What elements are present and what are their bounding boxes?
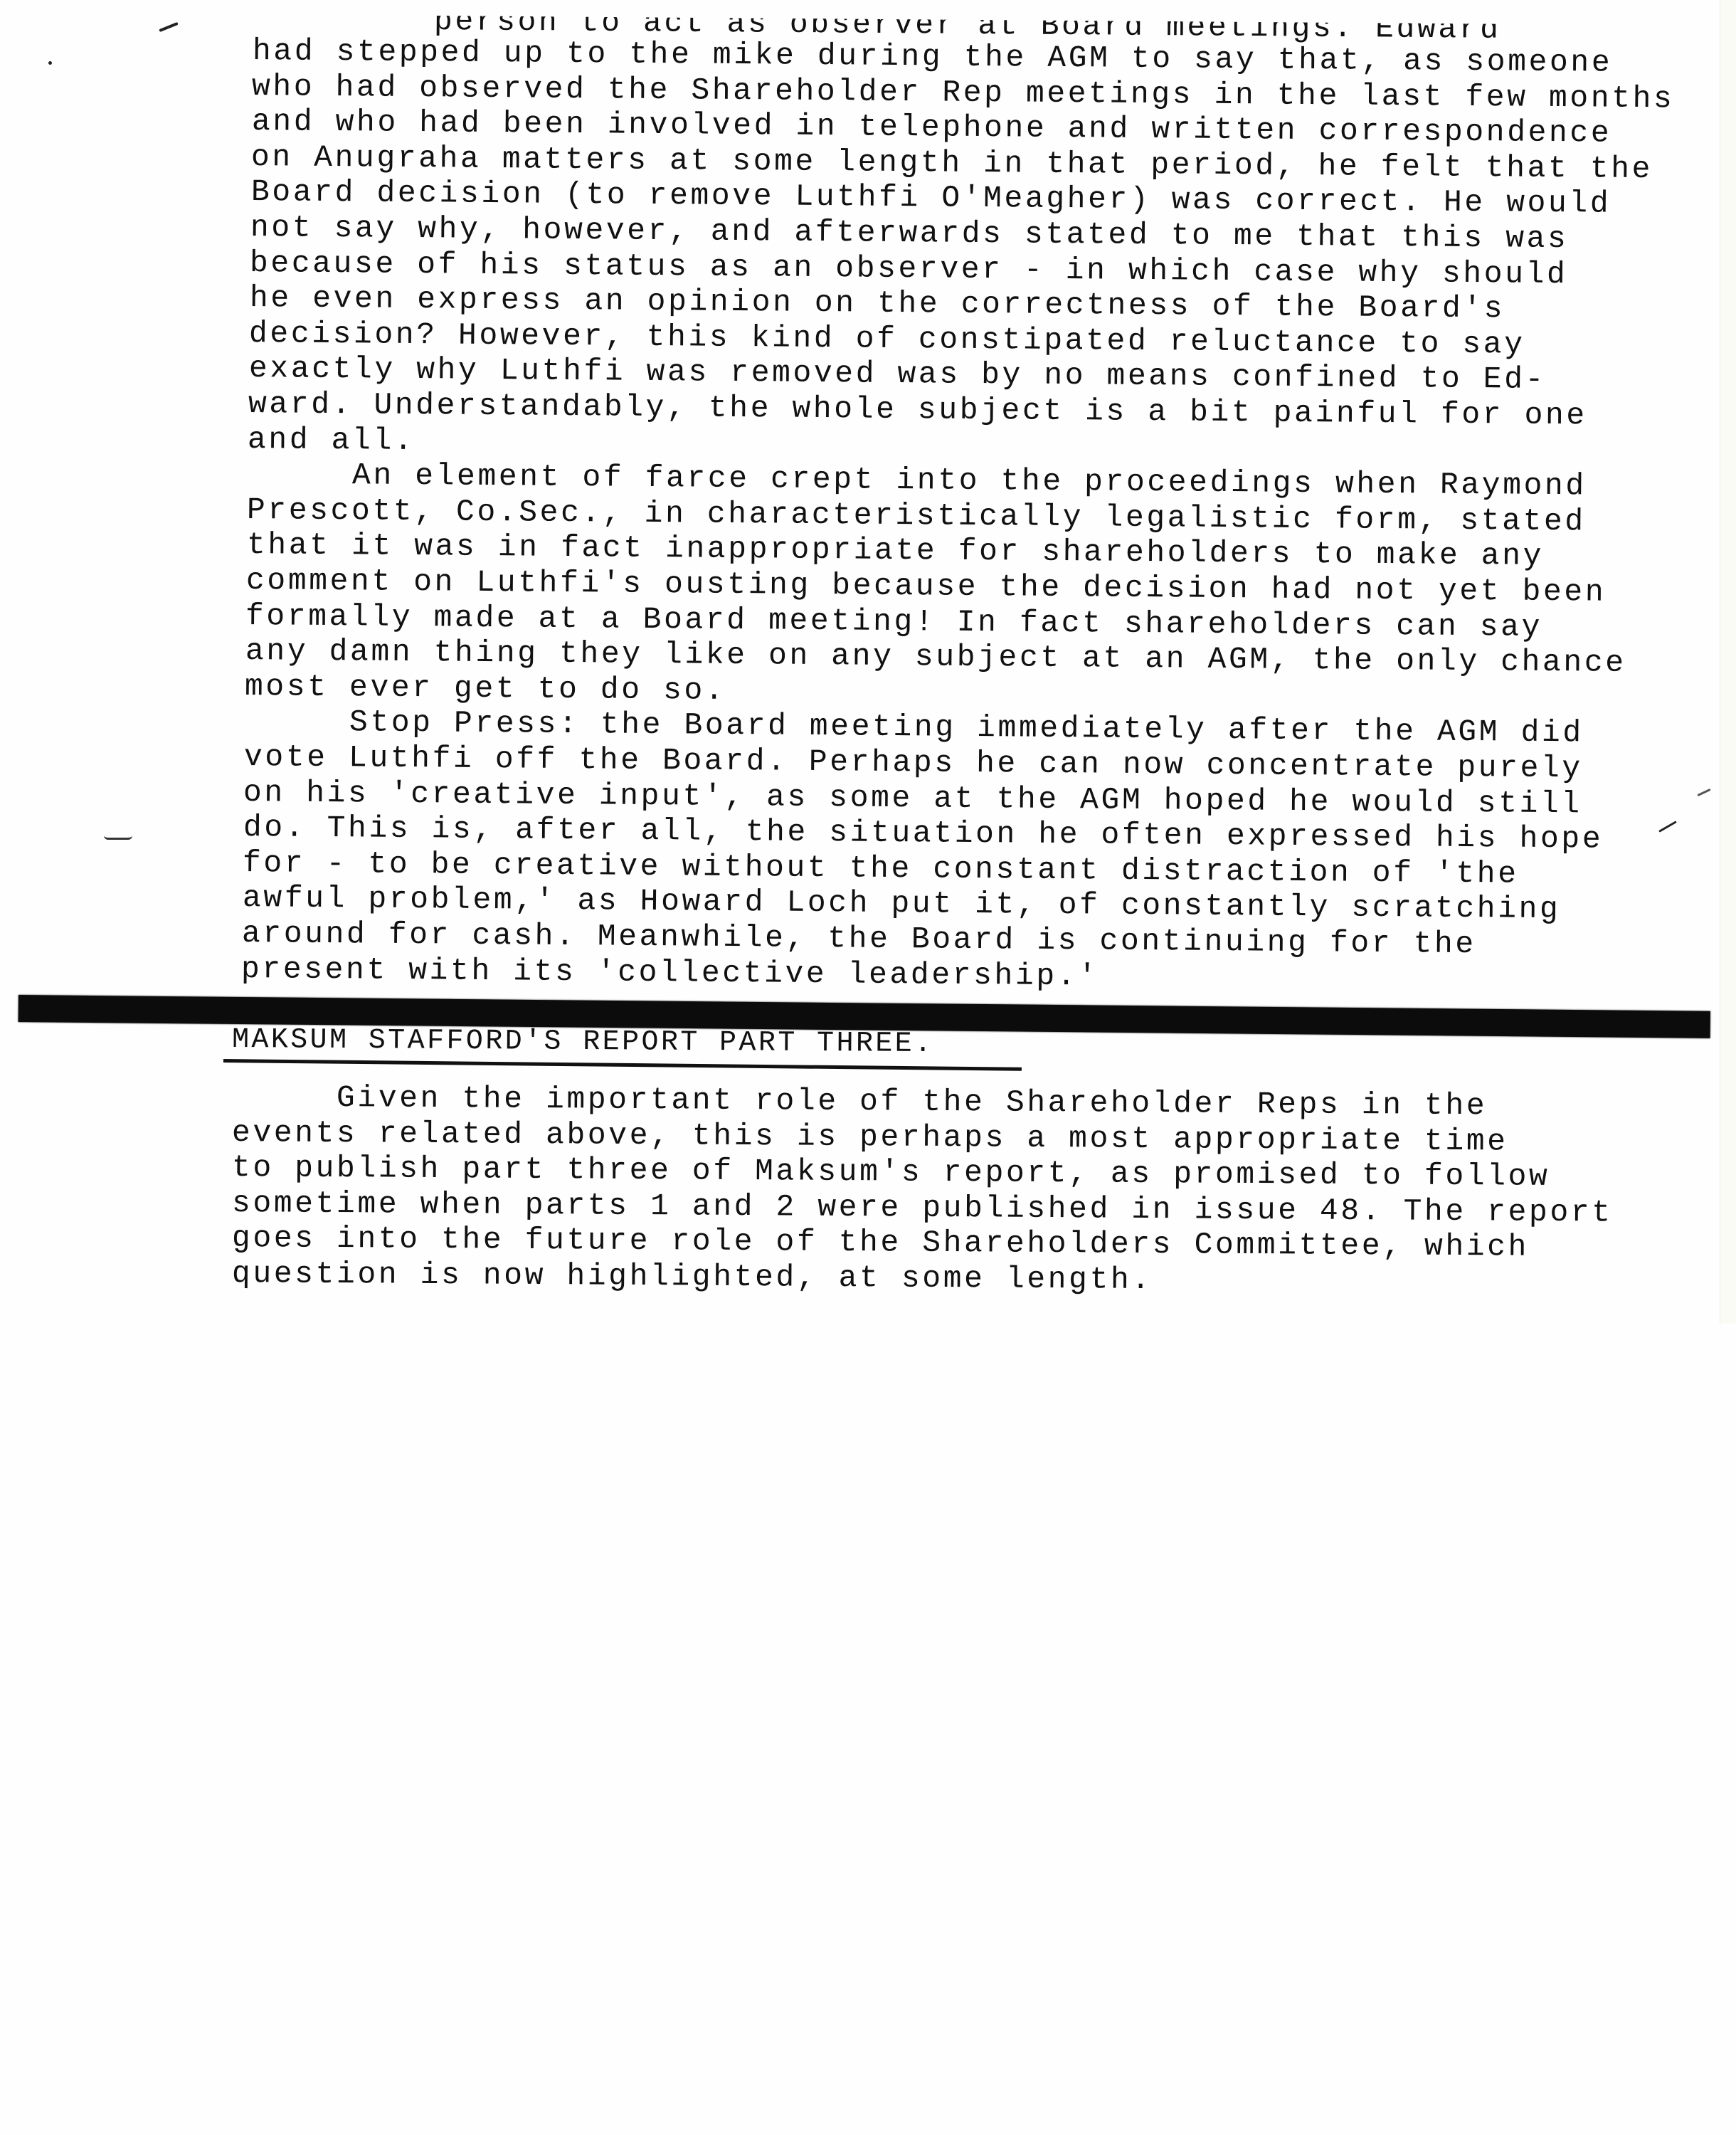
text-line: Given the important role of the Sharehol… xyxy=(232,1082,1488,1121)
scan-mark xyxy=(48,61,52,65)
text-line: and all. xyxy=(248,424,416,456)
page-edge-shadow xyxy=(1720,0,1736,1324)
text-line: goes into the future role of the Shareho… xyxy=(232,1223,1529,1262)
scan-mark xyxy=(159,22,178,32)
text-line: present with its 'collective leadership.… xyxy=(241,954,1099,992)
scan-mark xyxy=(1658,821,1677,833)
text-line: question is now highlighted, at some len… xyxy=(232,1258,1153,1295)
scan-mark xyxy=(1697,789,1710,796)
text-line: most ever get to do so. xyxy=(245,671,726,706)
text-line: to publish part three of Maksum's report… xyxy=(232,1152,1550,1192)
text-line: events related above, this is perhaps a … xyxy=(232,1117,1508,1157)
section-heading: MAKSUM STAFFORD'S REPORT PART THREE. xyxy=(232,1026,934,1059)
scanned-document-page: person to act as observer at Board meeti… xyxy=(0,0,1736,2135)
heading-underline xyxy=(223,1059,1022,1071)
scan-mark xyxy=(104,835,132,840)
